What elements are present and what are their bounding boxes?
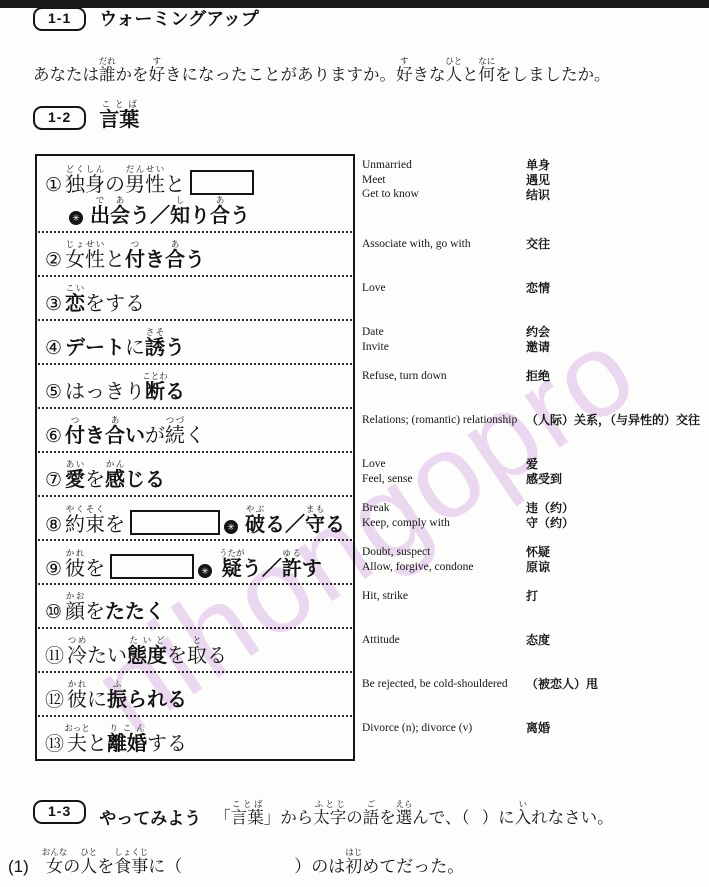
jp-text-segment: 守まも <box>305 514 325 536</box>
jp-text-segment: 入い <box>515 809 532 827</box>
vocab-jp-cell: ④デートに誘さそう <box>35 321 355 365</box>
vocab-row-number: ⑧ <box>45 515 62 536</box>
vocab-gloss-cell: Hit, strike打 <box>355 585 709 629</box>
vocab-jp-cell: ⑬夫おっとと離婚りこんする <box>35 717 355 761</box>
jp-text-segment: 人ひと <box>446 66 463 84</box>
vocab-table: ①独身どくしんの男性だんせいと✳出会であう／知しり合あうUnmarriedMee… <box>35 154 709 761</box>
jp-text-segment: り <box>190 205 210 227</box>
jp-text-segment: かを <box>116 66 149 84</box>
vocab-options-bullet-icon: ✳ <box>224 520 238 534</box>
gloss-en: UnmarriedMeetGet to know <box>362 158 526 233</box>
jp-text-segment: デート <box>65 337 125 359</box>
vocab-jp-cell: ⑪冷つめたい態度たいどを取とる <box>35 629 355 673</box>
jp-text-segment: 人ひと <box>80 857 97 876</box>
section-tag-1-2: 1-2 <box>33 106 86 130</box>
vocab-jp-cell: ⑥付つき合あいが続つづく <box>35 409 355 453</box>
vocab-gloss-cell: BreakKeep, comply with违（约）守（约） <box>355 497 709 541</box>
vocab-jp-cell: ⑫彼かれに振ふられる <box>35 673 355 717</box>
vocab-row: ⑩顔かおをたたくHit, strike打 <box>35 585 709 629</box>
vocab-options-bullet-icon: ✳ <box>69 211 83 225</box>
jp-text-segment: る <box>325 514 345 536</box>
vocab-gloss-cell: LoveFeel, sense爱感受到 <box>355 453 709 497</box>
vocab-jp-cell: ⑩顔かおをたたく <box>35 585 355 629</box>
gloss-en: Hit, strike <box>362 589 526 629</box>
jp-text-segment: い <box>125 425 145 447</box>
section-tag-1-1: 1-1 <box>33 7 86 31</box>
jp-text-segment: 誰だれ <box>99 66 116 84</box>
vocab-gloss-cell: Refuse, turn down拒绝 <box>355 365 709 409</box>
gloss-en: DateInvite <box>362 325 526 365</box>
jp-text-segment: 女おんな <box>42 857 64 876</box>
vocab-jp-line-options: ✳出会であう／知しり合あう <box>67 195 351 226</box>
jp-text-segment: き <box>85 425 105 447</box>
jp-text-segment: 好す <box>396 66 413 84</box>
jp-text-segment: 出会であ <box>90 205 130 227</box>
vocab-jp-cell: ⑤はっきり断ことわる <box>35 365 355 409</box>
jp-text-segment: 知し <box>170 205 190 227</box>
gloss-zh: （被恋人）甩 <box>526 677 598 717</box>
vocab-gloss-cell: Associate with, go with交往 <box>355 233 709 277</box>
jp-text-segment: う <box>230 205 250 227</box>
jp-text-segment: と <box>165 174 185 196</box>
vocab-row-number: ① <box>45 175 62 196</box>
jp-text-segment: 取と <box>187 645 207 667</box>
section-tag-1-3: 1-3 <box>33 800 86 824</box>
jp-text-segment: う <box>242 558 262 580</box>
vocab-gloss-cell: Doubt, suspectAllow, forgive, condone怀疑原… <box>355 541 709 585</box>
jp-text-segment: をする <box>85 293 145 315</box>
section-1-1-header: 1-1 ウォーミングアップ <box>33 7 259 31</box>
jp-text-segment: る <box>265 514 285 536</box>
vocab-row-number: ④ <box>45 338 62 359</box>
jp-text-segment: 顔かお <box>65 601 85 623</box>
jp-text-segment: 付つ <box>125 249 145 271</box>
vocab-jp-cell: ⑧約束やくそくを✳破やぶる／守まもる <box>35 497 355 541</box>
vocab-jp-line: ⑥付つき合あいが続つづく <box>45 415 351 446</box>
warmup-question-text: あなたは誰だれかを好すきになったことがありますか。好すきな人ひとと何なにをしまし… <box>33 56 611 84</box>
jp-text-segment: 断ことわ <box>145 381 165 403</box>
jp-text-segment: と <box>105 249 125 271</box>
vocab-row-number: ⑪ <box>45 646 64 667</box>
jp-text-segment: をしましたか。 <box>495 66 611 84</box>
gloss-zh: 离婚 <box>526 721 550 761</box>
vocab-row: ⑬夫おっとと離婚りこんするDivorce (n); divorce (v)离婚 <box>35 717 709 761</box>
vocab-row-number: ⑬ <box>45 734 64 755</box>
jp-text-segment: を <box>85 469 105 491</box>
exercise-question-1: (1) 女おんなの人ひとを食事しょくじに（）のは初はじめてだった。 <box>8 847 464 875</box>
jp-text-segment: めてだった。 <box>362 857 464 876</box>
gloss-zh: 交往 <box>526 237 550 277</box>
vocab-jp-cell: ②女性じょせいと付つき合あう <box>35 233 355 277</box>
jp-text-segment: 」から <box>264 809 314 827</box>
jp-text-segment: く <box>185 425 205 447</box>
gloss-zh: 恋情 <box>526 281 550 321</box>
vocab-gloss-cell: Attitude态度 <box>355 629 709 673</box>
vocab-row-number: ② <box>45 250 62 271</box>
jp-text-segment: う <box>185 249 205 271</box>
jp-text-segment: 男性だんせい <box>125 174 165 196</box>
gloss-zh: 爱感受到 <box>526 457 562 497</box>
vocab-gloss-cell: UnmarriedMeetGet to know单身遇见结识 <box>355 154 709 233</box>
jp-text-segment: 太字ふとじ <box>313 809 346 827</box>
jp-text-segment: 疑うたが <box>219 558 242 580</box>
gloss-en: LoveFeel, sense <box>362 457 526 497</box>
question-1-text: 女おんなの人ひとを食事しょくじに（）のは初はじめてだった。 <box>42 847 465 875</box>
jp-text-segment: 言葉ことば <box>99 109 139 131</box>
vocab-gloss-cell: DateInvite约会邀请 <box>355 321 709 365</box>
vocab-row: ⑪冷つめたい態度たいどを取とるAttitude态度 <box>35 629 709 673</box>
jp-text-segment: きな <box>413 66 446 84</box>
jp-text-segment: に <box>87 689 107 711</box>
vocab-jp-line: ⑤はっきり断ことわる <box>45 371 351 402</box>
jp-text-segment: 「 <box>214 809 231 827</box>
gloss-zh: 单身遇见结识 <box>526 158 550 233</box>
vocab-row-number: ⑦ <box>45 470 62 491</box>
jp-text-segment: を <box>85 558 105 580</box>
jp-text-segment: ／ <box>262 558 282 580</box>
gloss-en: Refuse, turn down <box>362 369 526 409</box>
jp-text-segment: る <box>165 381 185 403</box>
jp-text-segment: 言葉ことば <box>231 809 264 827</box>
vocab-row: ③恋こいをするLove恋情 <box>35 277 709 321</box>
answer-blank-box <box>130 510 220 535</box>
vocab-options-bullet-icon: ✳ <box>198 564 212 578</box>
jp-text-segment: ）に <box>482 809 515 827</box>
vocab-row: ②女性じょせいと付つき合あうAssociate with, go with交往 <box>35 233 709 277</box>
jp-text-segment: 振ふ <box>107 689 127 711</box>
jp-text-segment: と <box>87 733 107 755</box>
jp-text-segment: ／ <box>285 514 305 536</box>
vocab-jp-line: ⑩顔かおをたたく <box>45 591 351 622</box>
vocab-row-number: ⑤ <box>45 382 62 403</box>
jp-text-segment: する <box>147 733 187 755</box>
jp-text-segment: 合あ <box>210 205 230 227</box>
jp-text-segment: 誘さそ <box>145 337 165 359</box>
gloss-zh: 违（约）守（约） <box>526 501 574 541</box>
jp-text-segment: 許ゆる <box>282 558 302 580</box>
jp-text-segment: き <box>145 249 165 271</box>
jp-text-segment: の <box>63 857 80 876</box>
vocab-gloss-cell: Relations; (romantic) relationship（人际）关系… <box>355 409 709 453</box>
jp-text-segment: 合あ <box>105 425 125 447</box>
gloss-zh: （人际）关系，（与异性的）交往 <box>526 413 700 453</box>
section-1-2-title: 言葉ことば <box>99 99 139 132</box>
jp-text-segment: たい <box>87 645 127 667</box>
section-1-3-header: 1-3 やってみよう 「言葉ことば」から太字ふとじの語ごを選えらんで、（）に入い… <box>33 799 614 827</box>
jp-text-segment: が <box>145 425 165 447</box>
jp-text-segment: ）のは <box>294 857 345 876</box>
jp-text-segment: 付つ <box>65 425 85 447</box>
vocab-jp-cell: ③恋こいをする <box>35 277 355 321</box>
section-1-1-title: ウォーミングアップ <box>99 8 259 30</box>
jp-text-segment: を <box>85 601 105 623</box>
jp-text-segment: ／ <box>150 205 170 227</box>
vocab-row: ⑨彼かれを✳疑うたがう／許ゆるすDoubt, suspectAllow, for… <box>35 541 709 585</box>
gloss-en: BreakKeep, comply with <box>362 501 526 541</box>
jp-text-segment: 選えら <box>396 809 413 827</box>
jp-text-segment: 続つづ <box>165 425 185 447</box>
vocab-gloss-cell: Love恋情 <box>355 277 709 321</box>
jp-text-segment: と <box>462 66 479 84</box>
jp-text-segment: を <box>379 809 396 827</box>
vocab-row: ⑥付つき合あいが続つづくRelations; (romantic) relati… <box>35 409 709 453</box>
vocab-jp-line: ⑪冷つめたい態度たいどを取とる <box>45 635 351 666</box>
vocab-jp-cell: ①独身どくしんの男性だんせいと✳出会であう／知しり合あう <box>35 154 355 233</box>
gloss-zh: 打 <box>526 589 538 629</box>
jp-text-segment: 態度たいど <box>127 645 167 667</box>
vocab-row: ⑧約束やくそくを✳破やぶる／守まもるBreakKeep, comply with… <box>35 497 709 541</box>
jp-text-segment: 彼かれ <box>65 558 85 580</box>
vocab-row: ④デートに誘さそうDateInvite约会邀请 <box>35 321 709 365</box>
gloss-zh: 拒绝 <box>526 369 550 409</box>
jp-text-segment: れなさい。 <box>531 809 614 827</box>
jp-text-segment: んで、（ <box>412 809 469 827</box>
jp-text-segment: の <box>346 809 363 827</box>
jp-text-segment: を <box>167 645 187 667</box>
jp-text-segment: 破やぶ <box>245 514 265 536</box>
gloss-en: Be rejected, be cold-shouldered <box>362 677 526 717</box>
vocab-gloss-cell: Be rejected, be cold-shouldered（被恋人）甩 <box>355 673 709 717</box>
jp-text-segment: 食事しょくじ <box>114 857 148 876</box>
vocab-jp-line: ②女性じょせいと付つき合あう <box>45 239 351 270</box>
gloss-en: Relations; (romantic) relationship <box>362 413 526 453</box>
jp-text-segment: 合あ <box>165 249 185 271</box>
jp-text-segment: られる <box>127 689 187 711</box>
jp-text-segment: に（ <box>148 857 182 876</box>
jp-text-segment: 語ご <box>363 809 380 827</box>
jp-text-segment: 感かん <box>105 469 125 491</box>
jp-text-segment: あなたは <box>33 66 99 84</box>
jp-text-segment: 冷つめ <box>67 645 87 667</box>
vocab-jp-cell: ⑦愛あいを感かんじる <box>35 453 355 497</box>
vocab-row-number: ⑫ <box>45 690 64 711</box>
gloss-zh: 怀疑原谅 <box>526 545 550 585</box>
vocab-jp-line: ⑦愛あいを感かんじる <box>45 459 351 490</box>
vocab-row-number: ⑩ <box>45 602 62 623</box>
jp-text-segment: 約束やくそく <box>65 514 105 536</box>
vocab-row: ⑦愛あいを感かんじるLoveFeel, sense爱感受到 <box>35 453 709 497</box>
gloss-en: Doubt, suspectAllow, forgive, condone <box>362 545 526 585</box>
vocab-jp-line: ⑬夫おっとと離婚りこんする <box>45 723 351 754</box>
jp-text-segment: を <box>105 514 125 536</box>
jp-text-segment: 離婚りこん <box>107 733 147 755</box>
gloss-en: Associate with, go with <box>362 237 526 277</box>
vocab-jp-line: ⑫彼かれに振ふられる <box>45 679 351 710</box>
jp-text-segment: う <box>130 205 150 227</box>
vocab-jp-line: ③恋こいをする <box>45 283 351 314</box>
jp-text-segment: 何なに <box>479 66 496 84</box>
jp-text-segment: を <box>97 857 114 876</box>
question-1-label: (1) <box>8 858 29 875</box>
jp-text-segment: の <box>105 174 125 196</box>
answer-blank-box <box>110 554 194 579</box>
section-1-2-header: 1-2 言葉ことば <box>33 99 139 132</box>
gloss-en: Love <box>362 281 526 321</box>
vocab-row: ⑤はっきり断ことわるRefuse, turn down拒绝 <box>35 365 709 409</box>
jp-text-segment: じる <box>125 469 165 491</box>
vocab-row-number: ⑥ <box>45 426 62 447</box>
answer-blank-box <box>190 170 254 195</box>
section-1-3-title: やってみよう <box>99 810 201 827</box>
jp-text-segment: 夫おっと <box>67 733 87 755</box>
jp-text-segment: 彼かれ <box>67 689 87 711</box>
gloss-en: Divorce (n); divorce (v) <box>362 721 526 761</box>
vocab-gloss-cell: Divorce (n); divorce (v)离婚 <box>355 717 709 761</box>
vocab-jp-line: ④デートに誘さそう <box>45 327 351 358</box>
gloss-zh: 约会邀请 <box>526 325 550 365</box>
vocab-jp-line: ⑧約束やくそくを✳破やぶる／守まもる <box>45 501 351 535</box>
gloss-en: Attitude <box>362 633 526 673</box>
jp-text-segment: 愛あい <box>65 469 85 491</box>
jp-text-segment: 女性じょせい <box>65 249 105 271</box>
vocab-jp-cell: ⑨彼かれを✳疑うたがう／許ゆるす <box>35 541 355 585</box>
jp-text-segment: に <box>125 337 145 359</box>
jp-text-segment: 好す <box>149 66 166 84</box>
jp-text-segment: す <box>302 558 322 580</box>
exercise-instruction: 「言葉ことば」から太字ふとじの語ごを選えらんで、（）に入いれなさい。 <box>214 799 613 827</box>
vocab-row-number: ⑨ <box>45 559 62 580</box>
jp-text-segment: 恋こい <box>65 293 85 315</box>
jp-text-segment: る <box>207 645 227 667</box>
vocab-jp-line: ①独身どくしんの男性だんせいと <box>45 161 351 195</box>
vocab-row-number: ③ <box>45 294 62 315</box>
vocab-jp-line: ⑨彼かれを✳疑うたがう／許ゆるす <box>45 545 351 579</box>
vocab-row: ①独身どくしんの男性だんせいと✳出会であう／知しり合あうUnmarriedMee… <box>35 154 709 233</box>
jp-text-segment: う <box>165 337 185 359</box>
scan-edge-bar <box>0 0 709 8</box>
gloss-zh: 态度 <box>526 633 550 673</box>
jp-text-segment: きになったことがありますか。 <box>165 66 396 84</box>
page: 1-1 ウォーミングアップ あなたは誰だれかを好すきになったことがありますか。好… <box>0 0 709 887</box>
jp-text-segment: 初はじ <box>345 857 362 876</box>
vocab-row: ⑫彼かれに振ふられるBe rejected, be cold-shouldere… <box>35 673 709 717</box>
jp-text-segment: はっきり <box>65 381 145 403</box>
jp-text-segment: 独身どくしん <box>65 174 105 196</box>
jp-text-segment: たたく <box>105 601 165 623</box>
